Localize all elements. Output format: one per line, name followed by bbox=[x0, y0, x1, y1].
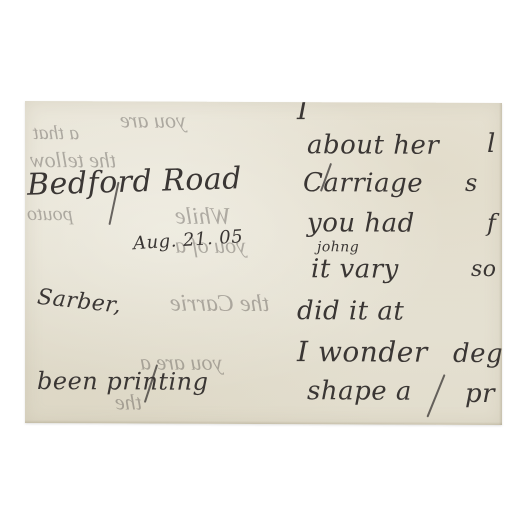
ink-stroke bbox=[426, 374, 445, 417]
handwriting-fragment: so bbox=[471, 259, 497, 281]
handwriting-fragment: l bbox=[487, 131, 496, 157]
handwriting-did-it-at: did it at bbox=[297, 298, 404, 324]
pillowcase-edge-shadow bbox=[25, 420, 502, 425]
handwriting-you-had: you had bbox=[307, 210, 415, 236]
handwriting-fragment: f bbox=[487, 211, 496, 235]
handwriting-shape-a: shape a bbox=[307, 378, 412, 404]
handwriting-been-printing: been printing bbox=[37, 369, 208, 394]
handwriting-carriage: Carriage bbox=[303, 170, 423, 197]
handwriting-fragment: I bbox=[297, 101, 309, 124]
ghost-text: you are bbox=[120, 109, 186, 131]
handwriting-i-wonder: I wonder bbox=[297, 338, 428, 367]
product-photo: you are a that the tellow pouto While yo… bbox=[0, 0, 530, 530]
ghost-text: pouto bbox=[27, 204, 73, 224]
handwriting-insertion: johng bbox=[317, 240, 359, 254]
handwriting-fragment: deg bbox=[453, 341, 502, 367]
handwriting-fragment: pr bbox=[465, 381, 495, 407]
handwriting-bedford-road: Bedford Road bbox=[27, 164, 243, 201]
ghost-text: While bbox=[175, 205, 231, 229]
pillowcase: you are a that the tellow pouto While yo… bbox=[25, 101, 502, 425]
ghost-text: the Carrie bbox=[170, 292, 269, 316]
handwriting-it-vary: it vary bbox=[311, 256, 399, 282]
pillowcase-edge-shadow bbox=[499, 103, 502, 425]
handwriting-about-her: about her bbox=[307, 132, 439, 159]
handwriting-sarber: Sarber, bbox=[36, 287, 122, 318]
handwriting-fragment: s bbox=[465, 171, 478, 195]
ghost-text: a that bbox=[33, 123, 79, 143]
